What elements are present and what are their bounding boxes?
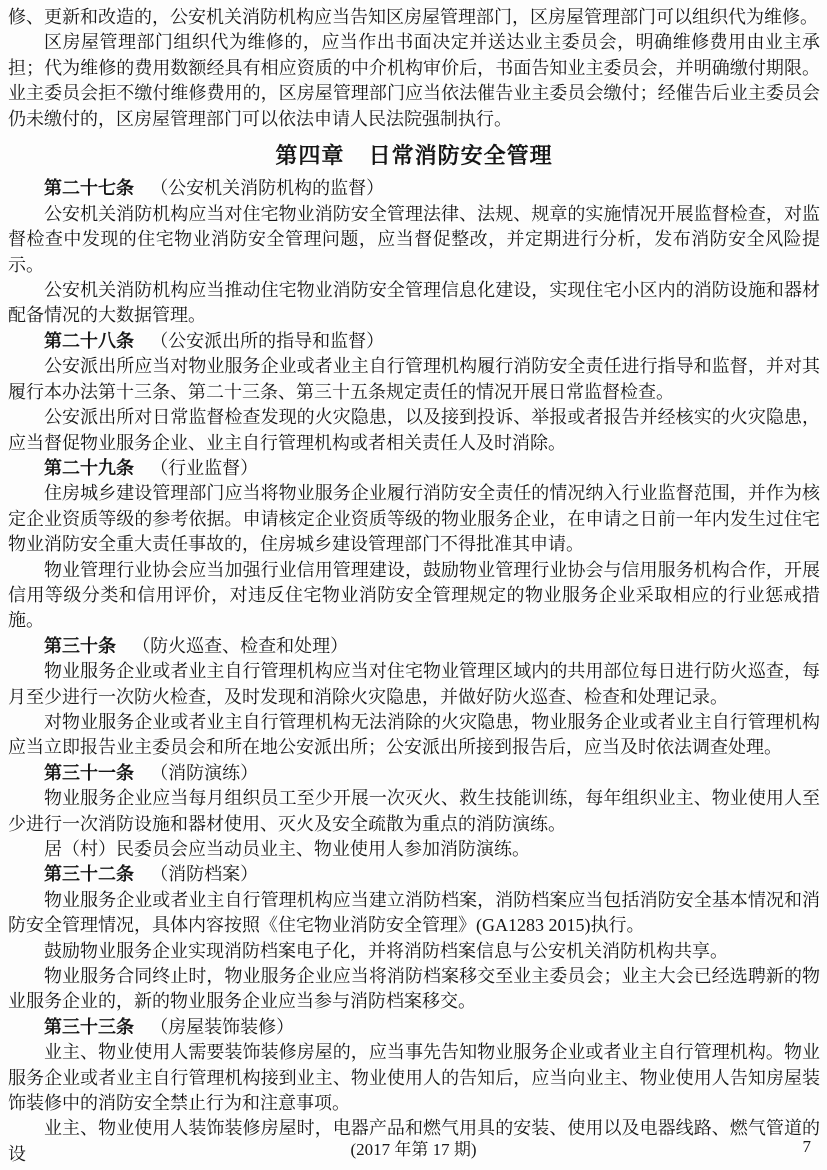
body-paragraph: 公安派出所应当对物业服务企业或者业主自行管理机构履行消防安全责任进行指导和监督，… [8, 354, 820, 405]
article-heading: 第二十九条（行业监督） [8, 456, 820, 481]
body-paragraph: 公安机关消防机构应当对住宅物业消防安全管理法律、法规、规章的实施情况开展监督检查… [8, 202, 820, 278]
body-paragraph: 住房城乡建设管理部门应当将物业服务企业履行消防安全责任的情况纳入行业监督范围，并… [8, 481, 820, 557]
article-heading: 第三十一条（消防演练） [8, 761, 820, 786]
article-title: （消防档案） [150, 864, 258, 884]
body-paragraph: 修、更新和改造的，公安机关消防机构应当告知区房屋管理部门，区房屋管理部门可以组织… [8, 5, 820, 30]
article-title: （消防演练） [150, 763, 258, 783]
body-paragraph: 物业服务企业或者业主自行管理机构应当建立消防档案，消防档案应当包括消防安全基本情… [8, 888, 820, 939]
article-number: 第三十条 [44, 636, 116, 656]
body-paragraph: 对物业服务企业或者业主自行管理机构无法消除的火灾隐患，物业服务企业或者业主自行管… [8, 710, 820, 761]
article-title: （防火巡查、检查和处理） [132, 636, 348, 656]
article-heading: 第三十二条（消防档案） [8, 862, 820, 887]
article-heading: 第三十三条（房屋装饰装修） [8, 1015, 820, 1040]
article-number: 第二十八条 [44, 331, 134, 351]
body-paragraph: 公安派出所对日常监督检查发现的火灾隐患，以及接到投诉、举报或者报告并经核实的火灾… [8, 405, 820, 456]
body-paragraph: 物业服务企业应当每月组织员工至少开展一次灭火、救生技能训练，每年组织业主、物业使… [8, 786, 820, 837]
document-page: 修、更新和改造的，公安机关消防机构应当告知区房屋管理部门，区房屋管理部门可以组织… [0, 0, 827, 1170]
article-number: 第三十二条 [44, 864, 134, 884]
body-paragraph: 居（村）民委员会应当动员业主、物业使用人参加消防演练。 [8, 837, 820, 862]
body-paragraph: 区房屋管理部门组织代为维修的，应当作出书面决定并送达业主委员会，明确维修费用由业… [8, 30, 820, 132]
article-title: （公安派出所的指导和监督） [150, 331, 384, 351]
article-number: 第二十九条 [44, 458, 134, 478]
article-number: 第二十七条 [44, 178, 134, 198]
document-content: 修、更新和改造的，公安机关消防机构应当告知区房屋管理部门，区房屋管理部门可以组织… [8, 5, 820, 1167]
chapter-title: 日常消防安全管理 [369, 143, 553, 168]
article-title: （行业监督） [150, 458, 258, 478]
body-paragraph: 物业服务合同终止时，物业服务企业应当将消防档案移交至业主委员会；业主大会已经选聘… [8, 964, 820, 1015]
chapter-heading: 第四章日常消防安全管理 [8, 143, 820, 168]
article-number: 第三十一条 [44, 763, 134, 783]
article-heading: 第二十七条（公安机关消防机构的监督） [8, 176, 820, 201]
issue-label: (2017 年第 17 期) [350, 1140, 476, 1159]
article-heading: 第二十八条（公安派出所的指导和监督） [8, 329, 820, 354]
body-paragraph: 业主、物业使用人需要装饰装修房屋的，应当事先告知物业服务企业或者业主自行管理机构… [8, 1040, 820, 1116]
chapter-number: 第四章 [275, 143, 344, 168]
article-number: 第三十三条 [44, 1017, 134, 1037]
page-footer: (2017 年第 17 期) 7 [0, 1135, 827, 1157]
body-paragraph: 公安机关消防机构应当推动住宅物业消防安全管理信息化建设，实现住宅小区内的消防设施… [8, 278, 820, 329]
page-number: 7 [803, 1137, 812, 1157]
body-paragraph: 物业管理行业协会应当加强行业信用管理建设，鼓励物业管理行业协会与信用服务机构合作… [8, 558, 820, 634]
article-heading: 第三十条（防火巡查、检查和处理） [8, 634, 820, 659]
body-paragraph: 物业服务企业或者业主自行管理机构应当对住宅物业管理区域内的共用部位每日进行防火巡… [8, 659, 820, 710]
article-title: （房屋装饰装修） [150, 1017, 294, 1037]
article-title: （公安机关消防机构的监督） [150, 178, 384, 198]
body-paragraph: 鼓励物业服务企业实现消防档案电子化，并将消防档案信息与公安机关消防机构共享。 [8, 939, 820, 964]
